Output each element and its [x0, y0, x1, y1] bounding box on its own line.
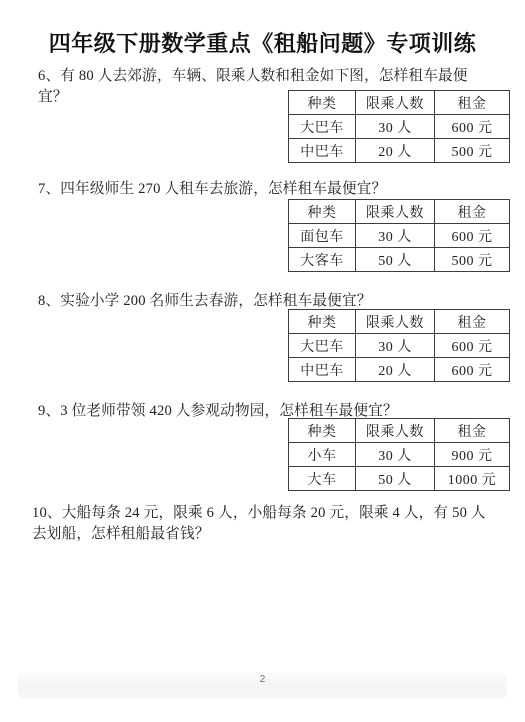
cell-capacity: 30 人 — [356, 224, 435, 248]
header-cell-type: 种类 — [289, 310, 356, 334]
header-cell-fee: 租金 — [435, 310, 510, 334]
table-row: 大巴车 30 人 600 元 — [289, 334, 510, 358]
table-header-row: 种类 限乘人数 租金 — [289, 91, 510, 115]
cell-fee: 600 元 — [435, 358, 510, 382]
cell-fee: 600 元 — [435, 334, 510, 358]
table-header-row: 种类 限乘人数 租金 — [289, 310, 510, 334]
table-row: 中巴车 20 人 600 元 — [289, 358, 510, 382]
header-cell-fee: 租金 — [435, 419, 510, 443]
cell-fee: 600 元 — [435, 224, 510, 248]
header-cell-type: 种类 — [289, 419, 356, 443]
header-cell-type: 种类 — [289, 91, 356, 115]
table-row: 面包车 30 人 600 元 — [289, 224, 510, 248]
cell-vehicle-type: 大巴车 — [289, 115, 356, 139]
cell-vehicle-type: 中巴车 — [289, 139, 356, 163]
cell-capacity: 20 人 — [356, 358, 435, 382]
table-row: 小车 30 人 900 元 — [289, 443, 510, 467]
cell-vehicle-type: 大车 — [289, 467, 356, 491]
cell-capacity: 30 人 — [356, 115, 435, 139]
table-row: 大巴车 30 人 600 元 — [289, 115, 510, 139]
cell-capacity: 20 人 — [356, 139, 435, 163]
cell-fee: 900 元 — [435, 443, 510, 467]
table-header-row: 种类 限乘人数 租金 — [289, 419, 510, 443]
table-row: 大车 50 人 1000 元 — [289, 467, 510, 491]
question-7-text: 7、四年级师生 270 人租车去旅游，怎样租车最便宜？ — [38, 179, 496, 200]
table-header-row: 种类 限乘人数 租金 — [289, 200, 510, 224]
cell-capacity: 50 人 — [356, 248, 435, 272]
question-9-table: 种类 限乘人数 租金 小车 30 人 900 元 大车 50 人 1000 元 — [288, 418, 510, 491]
cell-vehicle-type: 大客车 — [289, 248, 356, 272]
cell-vehicle-type: 大巴车 — [289, 334, 356, 358]
worksheet-page: 四年级下册数学重点《租船问题》专项训练 6、有 80 人去郊游，车辆、限乘人数和… — [0, 0, 525, 722]
table-row: 中巴车 20 人 500 元 — [289, 139, 510, 163]
cell-vehicle-type: 小车 — [289, 443, 356, 467]
cell-capacity: 30 人 — [356, 443, 435, 467]
cell-fee: 1000 元 — [435, 467, 510, 491]
cell-capacity: 30 人 — [356, 334, 435, 358]
header-cell-fee: 租金 — [435, 91, 510, 115]
header-cell-fee: 租金 — [435, 200, 510, 224]
question-6-table: 种类 限乘人数 租金 大巴车 30 人 600 元 中巴车 20 人 500 元 — [288, 90, 510, 163]
header-cell-limit: 限乘人数 — [356, 419, 435, 443]
cell-vehicle-type: 中巴车 — [289, 358, 356, 382]
question-7-table: 种类 限乘人数 租金 面包车 30 人 600 元 大客车 50 人 500 元 — [288, 199, 510, 272]
header-cell-limit: 限乘人数 — [356, 91, 435, 115]
cell-vehicle-type: 面包车 — [289, 224, 356, 248]
page-number: 2 — [0, 674, 525, 685]
cell-capacity: 50 人 — [356, 467, 435, 491]
page-title: 四年级下册数学重点《租船问题》专项训练 — [0, 27, 525, 58]
table-row: 大客车 50 人 500 元 — [289, 248, 510, 272]
cell-fee: 600 元 — [435, 115, 510, 139]
cell-fee: 500 元 — [435, 248, 510, 272]
question-8-table: 种类 限乘人数 租金 大巴车 30 人 600 元 中巴车 20 人 600 元 — [288, 309, 510, 382]
question-10-text: 10、大船每条 24 元，限乘 6 人，小船每条 20 元，限乘 4 人，有 5… — [32, 503, 496, 545]
header-cell-limit: 限乘人数 — [356, 200, 435, 224]
header-cell-type: 种类 — [289, 200, 356, 224]
cell-fee: 500 元 — [435, 139, 510, 163]
header-cell-limit: 限乘人数 — [356, 310, 435, 334]
